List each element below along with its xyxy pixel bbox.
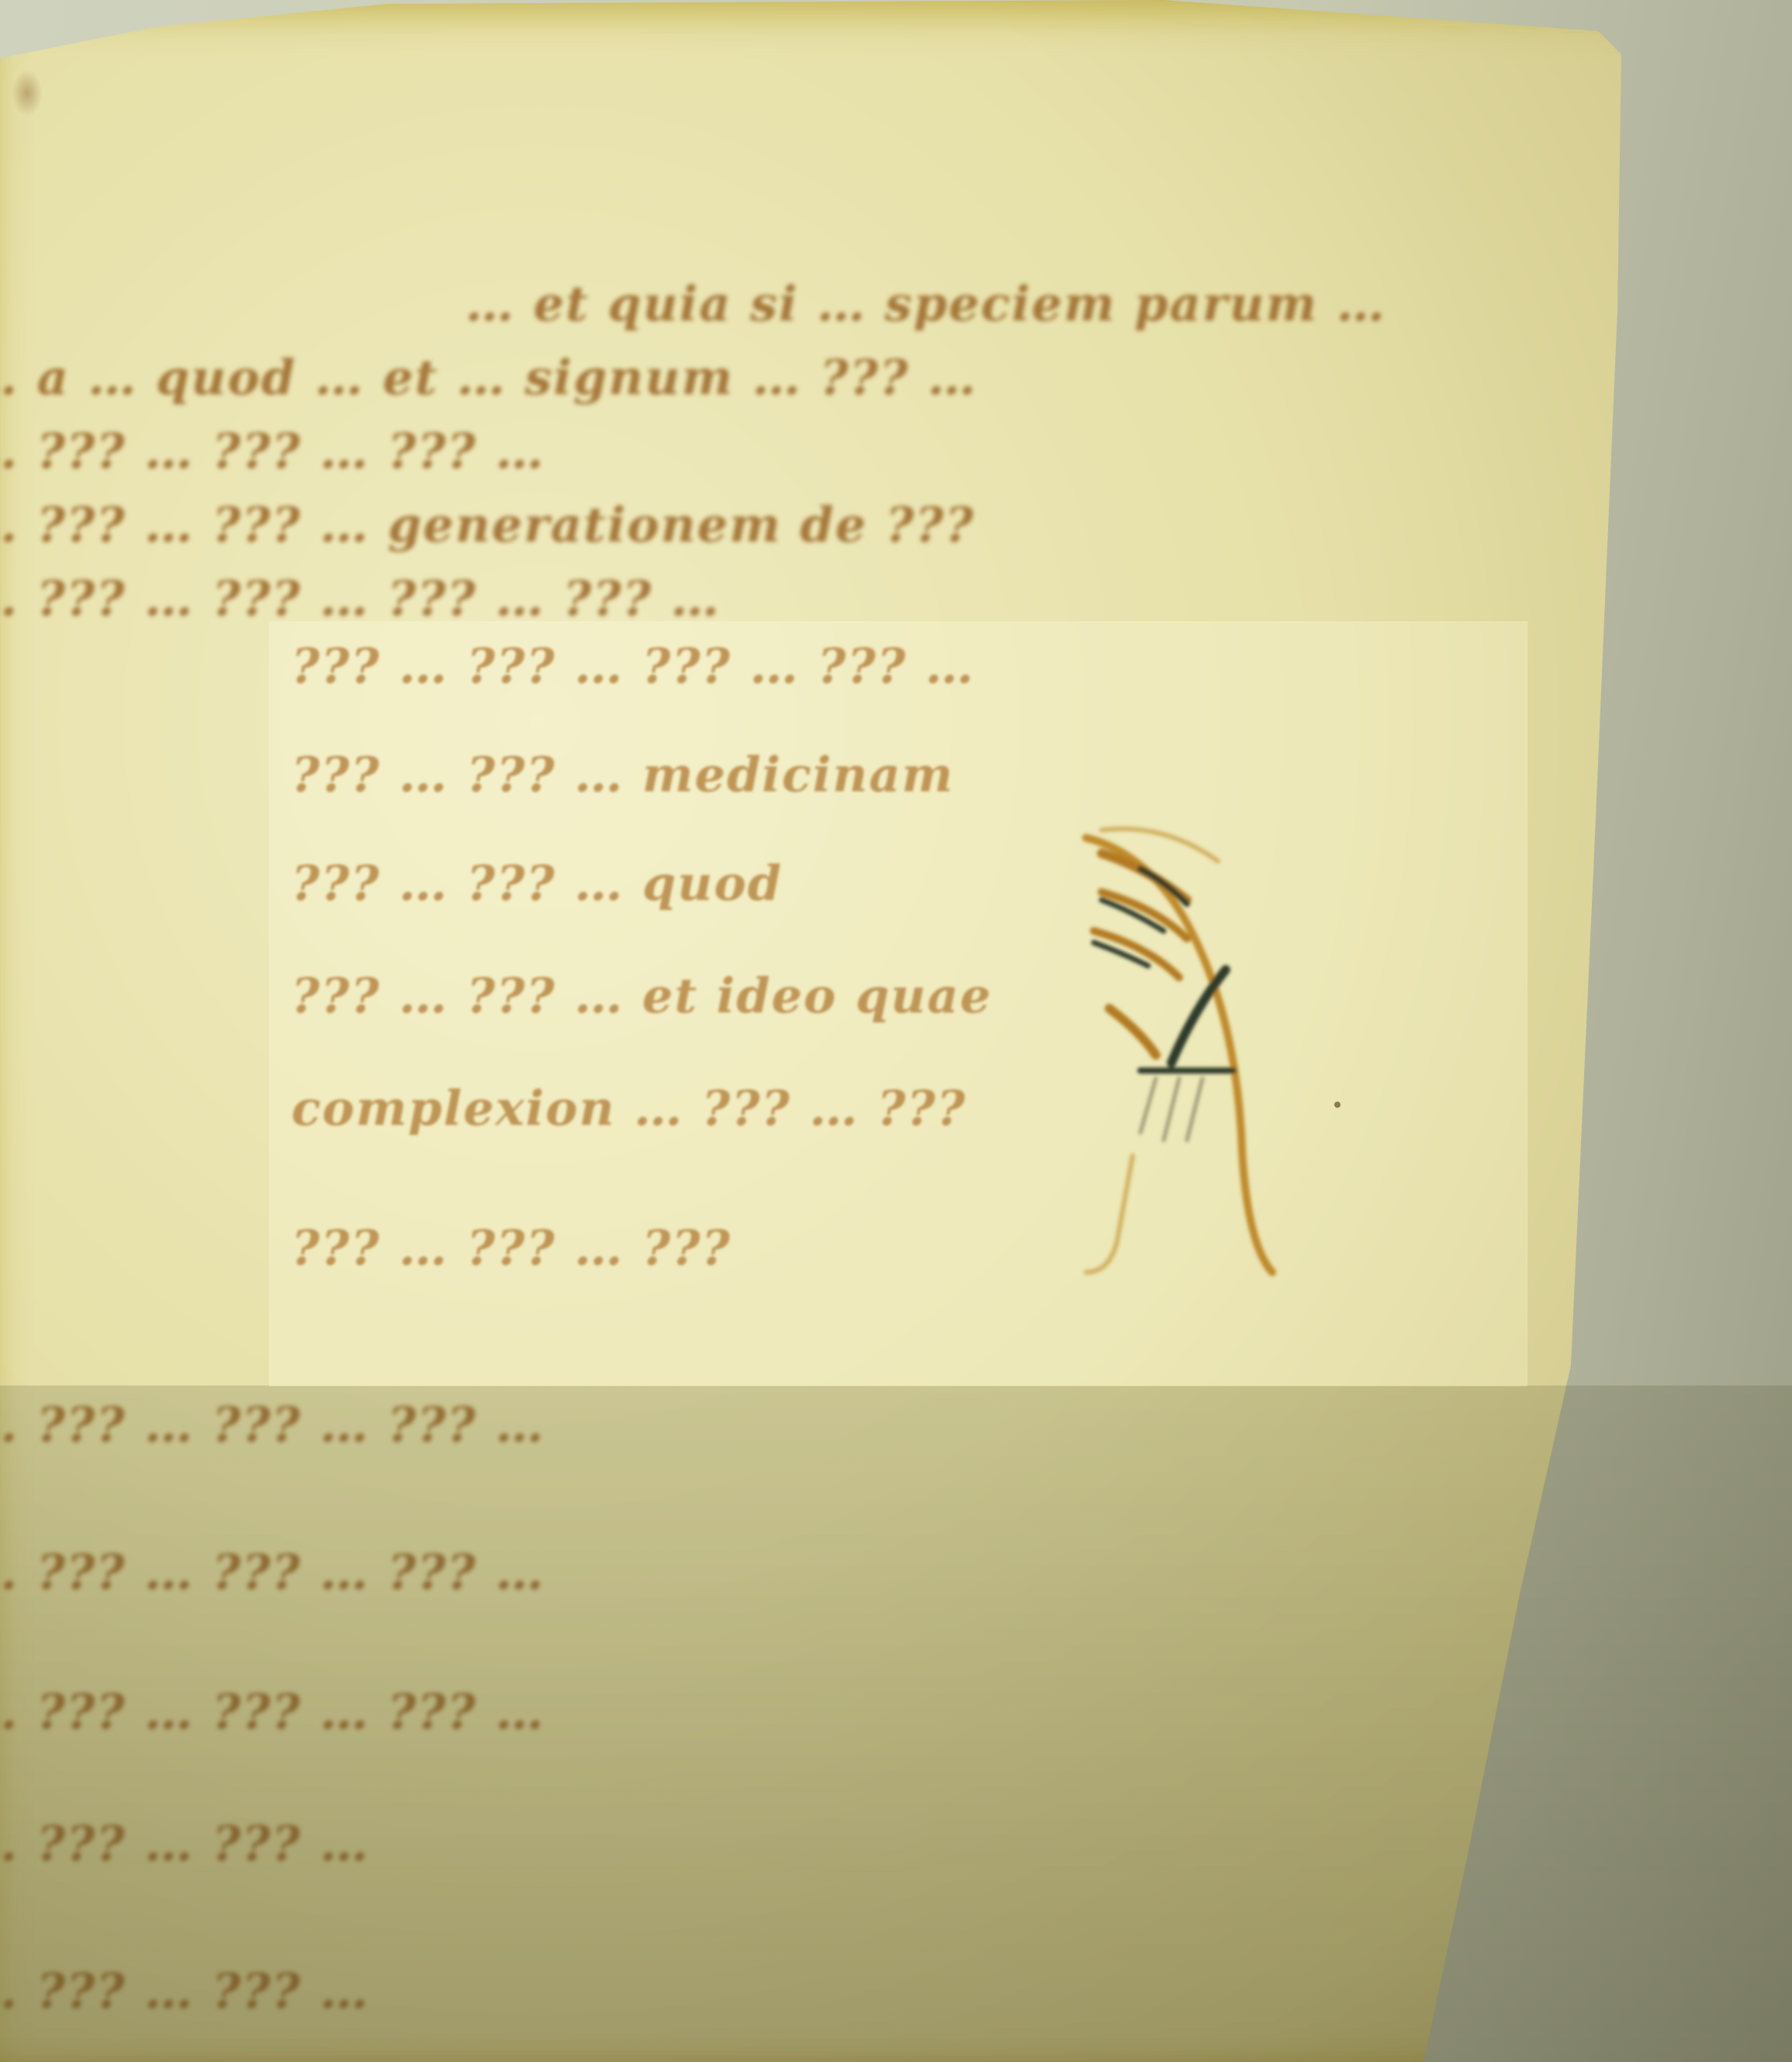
script-line: … ??? … ??? … quod [270, 855, 783, 912]
script-line: … ??? … ??? … [0, 1963, 369, 2019]
script-line: … ??? … ??? … ??? [270, 1220, 732, 1276]
manicule-sketch-icon [1055, 807, 1365, 1303]
script-line: … ??? … ??? … ??? … [0, 1544, 545, 1600]
script-line: … ??? … ??? … medicinam [270, 746, 954, 803]
script-line: … ??? … ??? … ??? … ??? … [270, 638, 975, 694]
ink-dot [1334, 1102, 1341, 1108]
script-line: … ??? … ??? … ??? … [0, 423, 545, 479]
script-line: … ??? … ??? … generationem de ??? [0, 496, 975, 553]
script-line: … ??? … ??? … ??? … [0, 1683, 545, 1740]
script-line: … complexion … ??? … ??? [270, 1080, 967, 1137]
ink-stain [12, 70, 43, 116]
script-line: … a … quod … et … signum … ??? … [0, 349, 977, 406]
script-line: … ??? … ??? … et ideo quae [270, 967, 992, 1024]
script-line: … ??? … ??? … ??? … ??? … [0, 570, 721, 627]
script-line: … ??? … ??? … ??? … [0, 1396, 545, 1453]
script-line: … et quia si … speciem parum … [465, 275, 1386, 332]
script-line: … ??? … ??? … [0, 1815, 369, 1872]
